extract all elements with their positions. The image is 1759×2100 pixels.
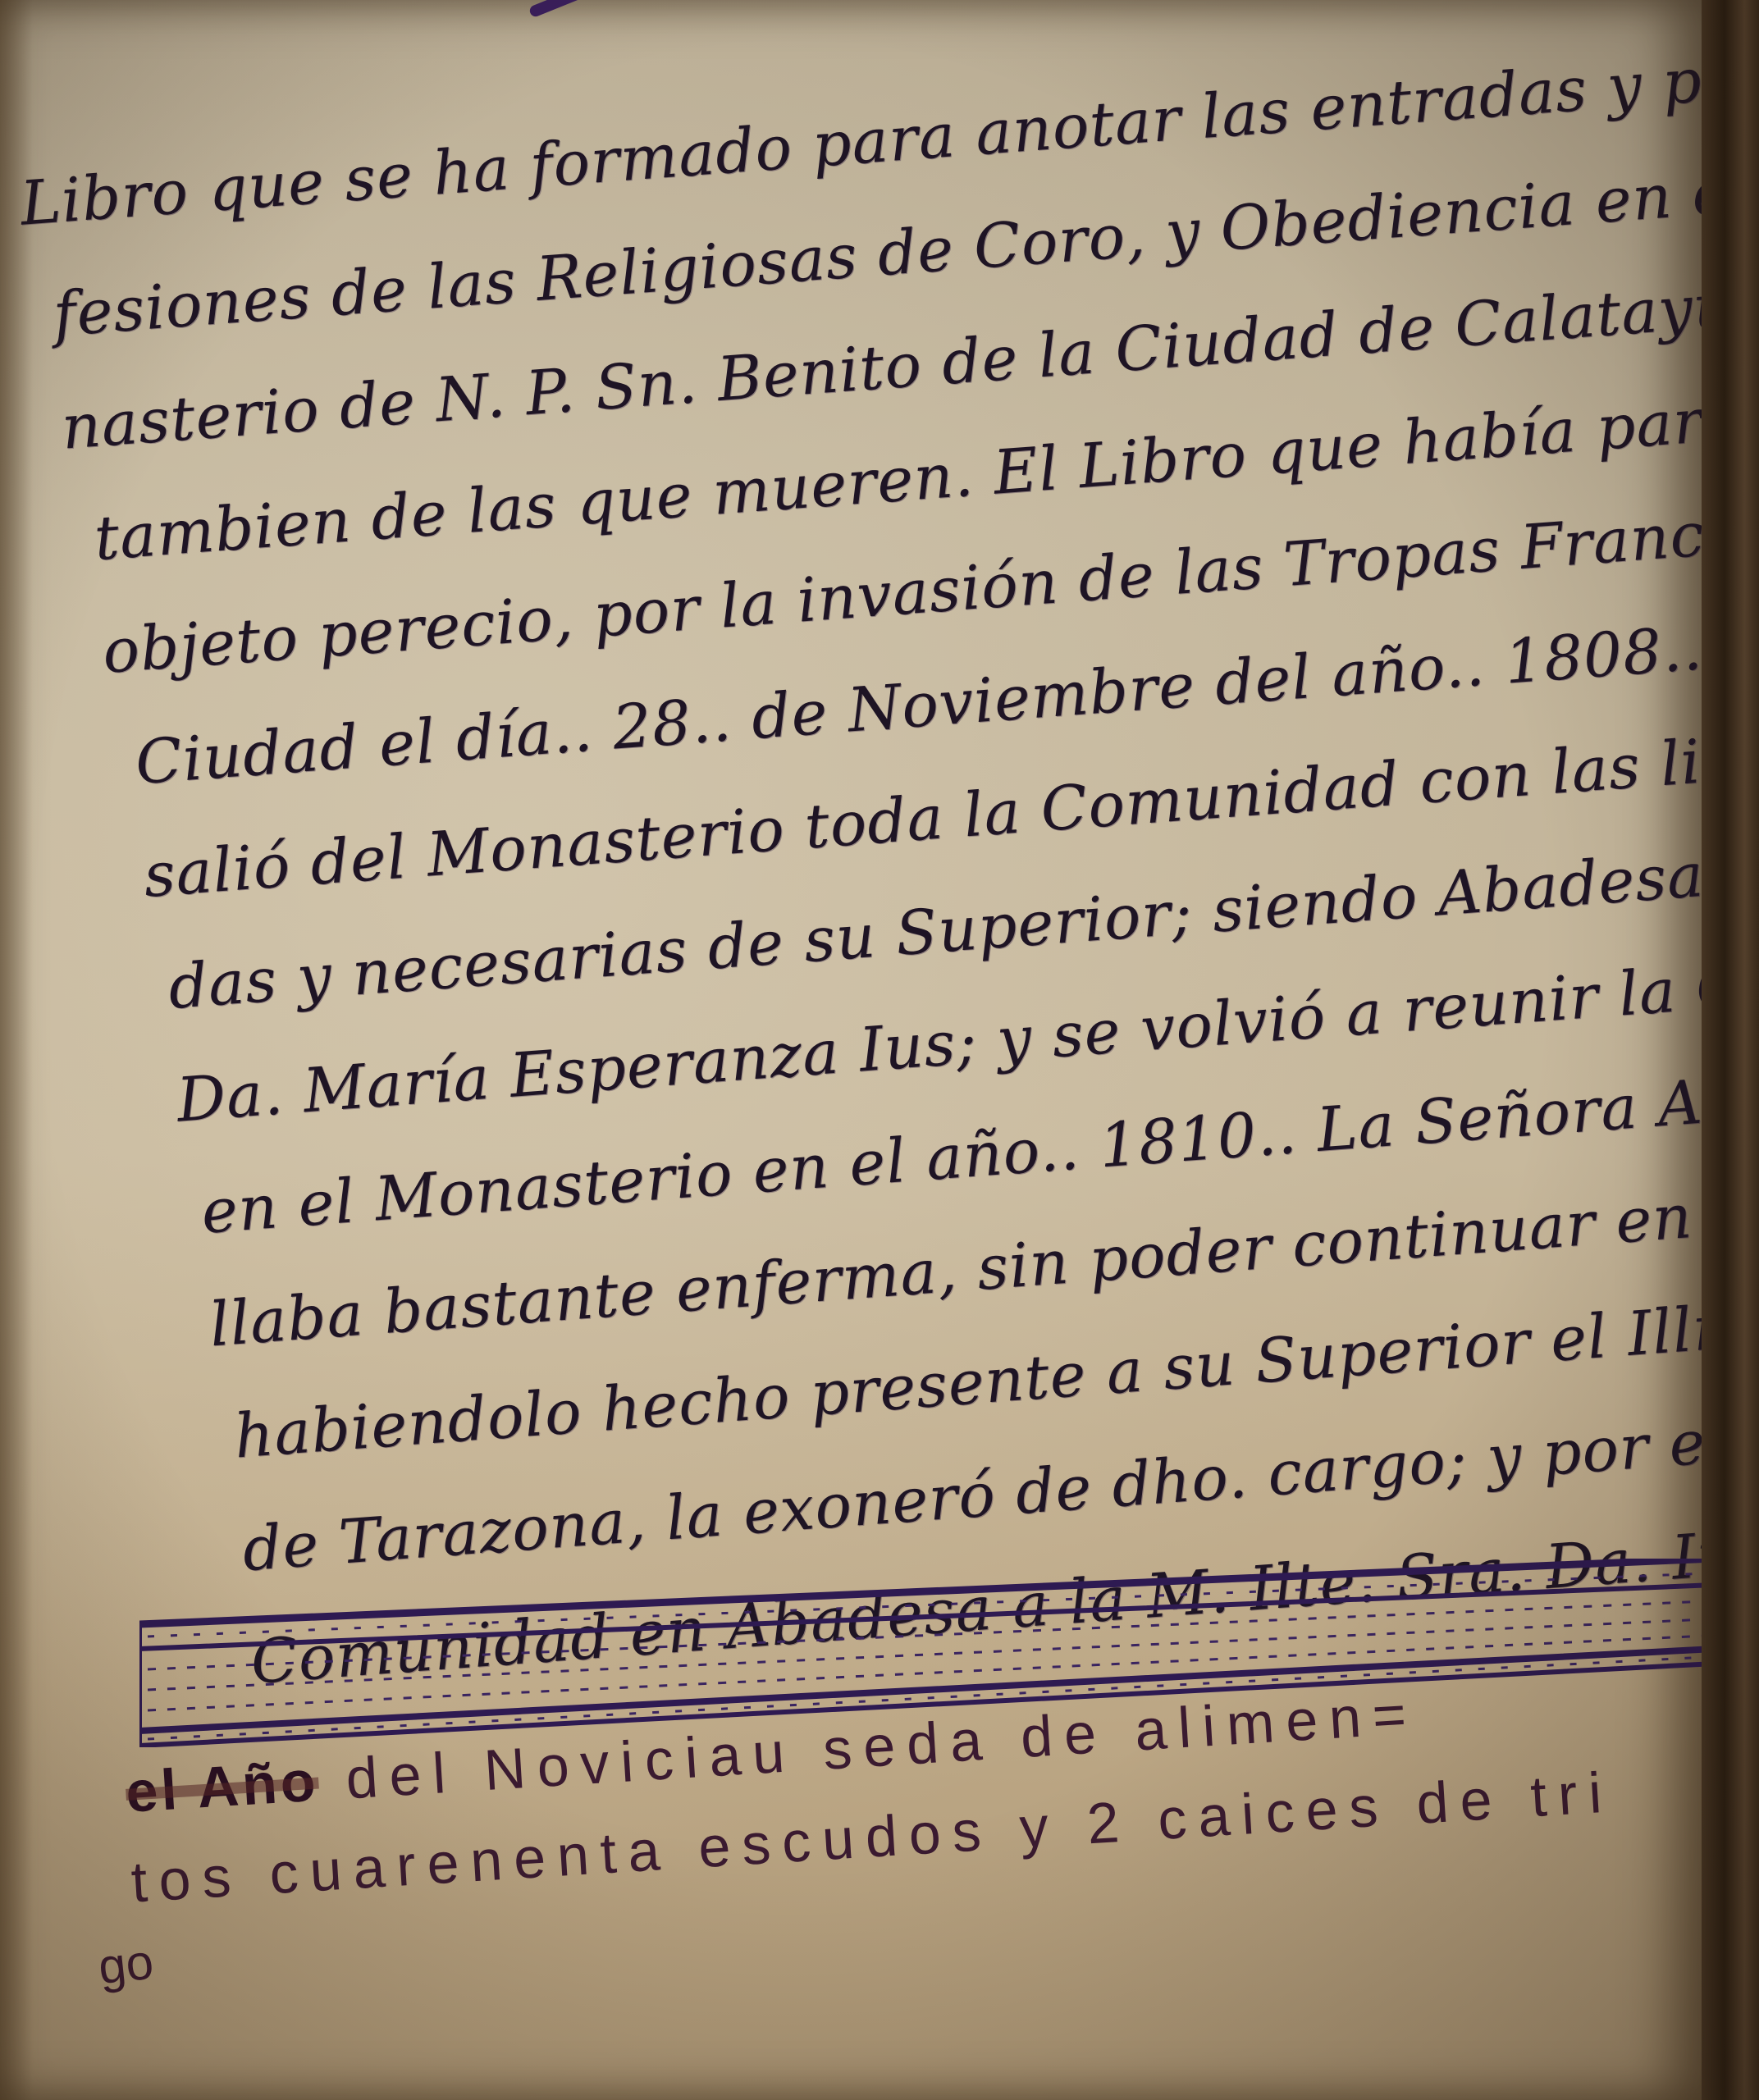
book-edge-shadow: [1702, 0, 1759, 2100]
manuscript-page: Libro que se ha formado para anotar las …: [0, 0, 1706, 2100]
struck-text: el Año: [124, 1749, 321, 1824]
ink-stroke: [528, 0, 662, 18]
top-ink-mark: [525, 0, 674, 30]
main-text-block: Libro que se ha formado para anotar las …: [16, 25, 1759, 1728]
manuscript-photo: Libro que se ha formado para anotar las …: [0, 0, 1759, 2100]
annotation-line-end: go: [96, 1933, 157, 1996]
